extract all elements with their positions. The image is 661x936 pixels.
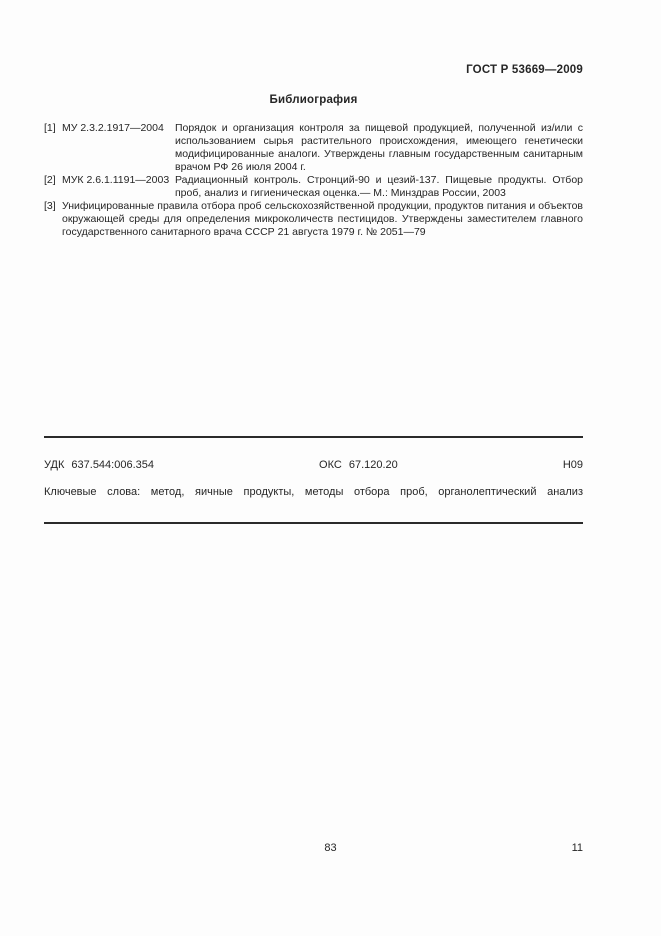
reference-entry-3: [3] Унифицированные правила отбора проб … <box>44 200 583 239</box>
reference-text: Радиационный контроль. Стронций-90 и цез… <box>175 174 583 200</box>
group-code: Н09 <box>563 459 583 471</box>
horizontal-rule-bottom <box>44 522 583 524</box>
document-page: ГОСТ Р 53669—2009 Библиография [1] МУ 2.… <box>0 0 661 936</box>
horizontal-rule-top <box>44 436 583 438</box>
reference-text: Порядок и организация контроля за пищево… <box>175 122 583 174</box>
reference-entry-2: [2] МУК 2.6.1.1191—2003 Радиационный кон… <box>44 174 583 200</box>
reference-number: [2] <box>44 174 62 187</box>
bibliography-title: Библиография <box>44 94 583 106</box>
classification-row: УДК 637.544:006.354 ОКС 67.120.20 Н09 <box>44 459 583 471</box>
page-number: 11 <box>44 842 583 854</box>
reference-doc-id: МУК 2.6.1.1191—2003 <box>62 174 175 187</box>
reference-doc-id: МУ 2.3.2.1917—2004 <box>62 122 175 135</box>
reference-entry-1: [1] МУ 2.3.2.1917—2004 Порядок и организ… <box>44 122 583 174</box>
oks-code: ОКС 67.120.20 <box>319 459 398 471</box>
reference-list: [1] МУ 2.3.2.1917—2004 Порядок и организ… <box>44 122 583 239</box>
reference-text: Унифицированные правила отбора проб сель… <box>62 200 583 239</box>
reference-number: [3] <box>44 200 62 213</box>
document-code-header: ГОСТ Р 53669—2009 <box>44 64 583 76</box>
udk-code: УДК 637.544:006.354 <box>44 459 154 471</box>
reference-number: [1] <box>44 122 62 135</box>
keywords-line: Ключевые слова: метод, яичные продукты, … <box>44 486 583 498</box>
